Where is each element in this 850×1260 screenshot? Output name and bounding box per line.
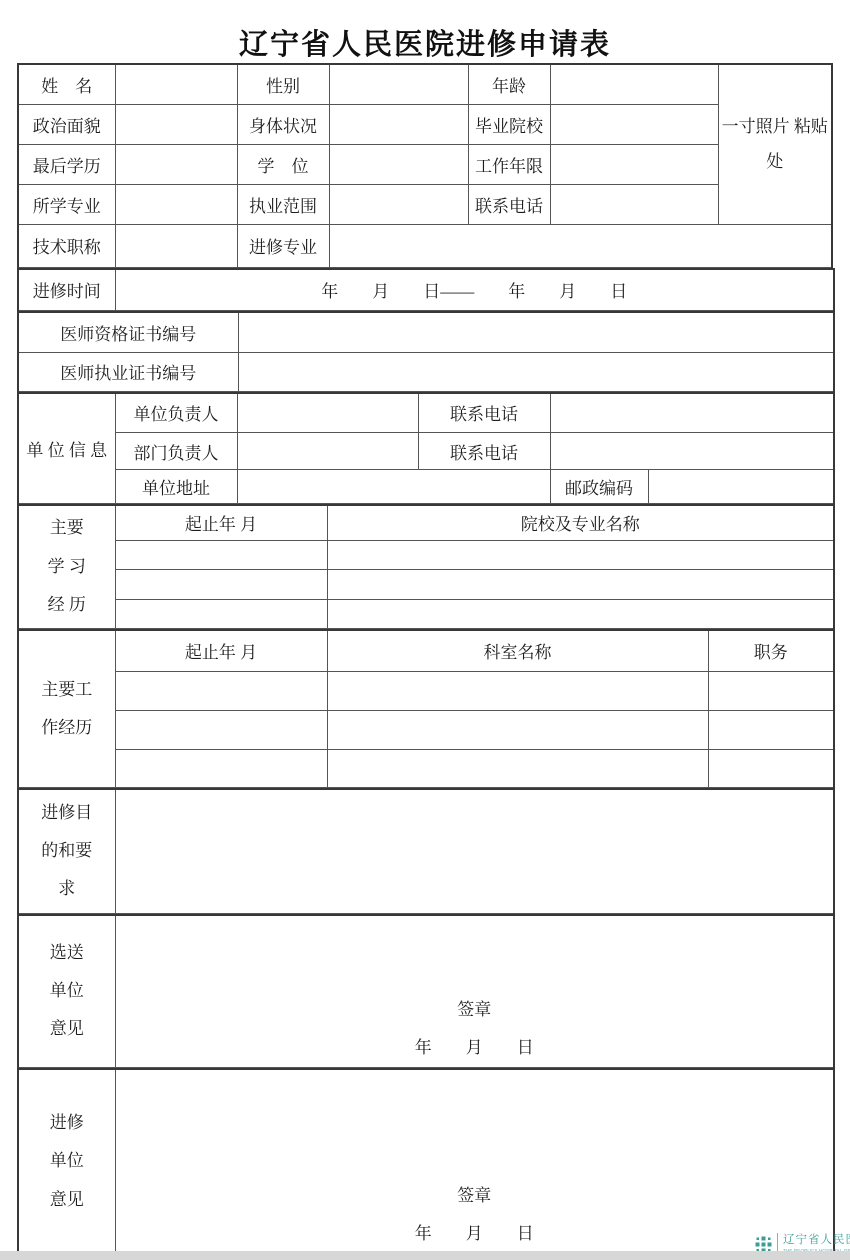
field-label-grad-school: 毕业院校	[468, 104, 550, 144]
application-form: 姓 名 性别 年龄 一寸照片 粘贴 处 政治面貌 身体状况 毕业院校 最后学历 …	[17, 63, 833, 1255]
field-label-training-major: 进修专业	[237, 224, 329, 267]
basic-info-section: 姓 名 性别 年龄 一寸照片 粘贴 处 政治面貌 身体状况 毕业院校 最后学历 …	[17, 63, 833, 268]
field-input-practice-cert	[238, 352, 834, 391]
sending-unit-opinion-section: 选送 单位 意见 签章 年 月 日	[17, 914, 835, 1069]
education-history-row-period	[115, 569, 327, 599]
field-label-unit-head-phone: 联系电话	[418, 393, 550, 433]
training-unit-seal-label: 签章	[457, 1181, 491, 1206]
work-history-row-position	[708, 672, 834, 711]
scan-edge-strip	[0, 1251, 850, 1260]
training-unit-opinion-label: 进修 单位 意见	[18, 1069, 115, 1254]
work-history-col-department: 科室名称	[327, 630, 708, 672]
field-input-training-major	[329, 224, 832, 267]
training-unit-opinion-area: 签章 年 月 日	[115, 1069, 834, 1254]
field-label-work-years: 工作年限	[468, 144, 550, 184]
work-history-row-department	[327, 711, 708, 750]
training-unit-opinion-section: 进修 单位 意见 签章 年 月 日	[17, 1068, 835, 1255]
field-input-work-years	[550, 144, 718, 184]
field-input-unit-head-phone	[550, 393, 834, 433]
work-history-row-period	[115, 750, 327, 788]
field-input-grad-school	[550, 104, 718, 144]
training-unit-date-line: 年 月 日	[415, 1219, 534, 1244]
education-history-row-period	[115, 599, 327, 628]
field-label-practice-scope: 执业范围	[237, 184, 329, 224]
field-label-unit-address: 单位地址	[115, 470, 237, 504]
education-history-section: 主要 学 习 经 历 起止年 月 院校及专业名称	[17, 504, 835, 629]
work-history-row-department	[327, 672, 708, 711]
hospital-logo-name: 辽宁省人民医院	[783, 1234, 850, 1248]
field-label-postcode: 邮政编码	[550, 470, 648, 504]
field-input-political-status	[115, 104, 237, 144]
work-history-col-period: 起止年 月	[115, 630, 327, 672]
field-input-age	[550, 64, 718, 104]
sending-unit-opinion-area: 签章 年 月 日	[115, 915, 834, 1068]
sending-unit-date-line: 年 月 日	[415, 1033, 534, 1058]
field-label-training-time: 进修时间	[18, 269, 115, 311]
field-input-health	[329, 104, 468, 144]
field-label-dept-head: 部门负责人	[115, 433, 237, 470]
field-label-unit-info: 单 位 信 息	[18, 393, 115, 504]
field-label-qualification-cert: 医师资格证书编号	[18, 312, 238, 352]
education-history-row-school	[327, 569, 834, 599]
field-label-tech-title: 技术职称	[18, 224, 115, 267]
photo-paste-area: 一寸照片 粘贴 处	[718, 64, 832, 224]
field-input-practice-scope	[329, 184, 468, 224]
work-history-row-position	[708, 750, 834, 788]
field-label-practice-cert: 医师执业证书编号	[18, 352, 238, 391]
field-label-gender: 性别	[237, 64, 329, 104]
education-history-row-school	[327, 540, 834, 569]
training-purpose-input	[115, 789, 834, 913]
work-history-col-position: 职务	[708, 630, 834, 672]
work-history-row-period	[115, 711, 327, 750]
field-input-contact-phone	[550, 184, 718, 224]
hospital-logo-icon	[755, 1236, 772, 1253]
work-history-row-department	[327, 750, 708, 788]
education-history-row-school	[327, 599, 834, 628]
field-input-unit-head	[237, 393, 418, 433]
field-label-health: 身体状况	[237, 104, 329, 144]
field-input-name	[115, 64, 237, 104]
sending-unit-seal-label: 签章	[457, 995, 491, 1020]
work-history-label: 主要工 作经历	[18, 630, 115, 788]
field-label-unit-head: 单位负责人	[115, 393, 237, 433]
field-label-age: 年龄	[468, 64, 550, 104]
field-input-tech-title	[115, 224, 237, 267]
field-input-dept-head-phone	[550, 433, 834, 470]
unit-info-section: 单 位 信 息 单位负责人 联系电话 部门负责人 联系电话 单位地址 邮政编码	[17, 392, 835, 505]
field-label-contact-phone: 联系电话	[468, 184, 550, 224]
training-time-section: 进修时间 年 月 日—— 年 月 日	[17, 268, 835, 312]
education-history-col-school: 院校及专业名称	[327, 505, 834, 540]
education-history-col-period: 起止年 月	[115, 505, 327, 540]
field-label-political-status: 政治面貌	[18, 104, 115, 144]
sending-unit-opinion-label: 选送 单位 意见	[18, 915, 115, 1068]
certificate-section: 医师资格证书编号 医师执业证书编号	[17, 311, 835, 392]
form-title: 辽宁省人民医院进修申请表	[0, 22, 850, 63]
form-page: 辽宁省人民医院进修申请表 姓 名 性别 年龄 一寸照片 粘贴 处 政治面貌 身	[0, 0, 850, 1260]
field-label-dept-head-phone: 联系电话	[418, 433, 550, 470]
field-input-degree	[329, 144, 468, 184]
field-input-dept-head	[237, 433, 418, 470]
field-input-qualification-cert	[238, 312, 834, 352]
field-input-training-time: 年 月 日—— 年 月 日	[115, 269, 834, 311]
field-label-name: 姓 名	[18, 64, 115, 104]
education-history-row-period	[115, 540, 327, 569]
work-history-row-position	[708, 711, 834, 750]
training-purpose-label: 进修目 的和要 求	[18, 789, 115, 913]
field-input-unit-address	[237, 470, 550, 504]
field-input-last-education	[115, 144, 237, 184]
field-label-last-education: 最后学历	[18, 144, 115, 184]
field-input-postcode	[648, 470, 834, 504]
work-history-row-period	[115, 672, 327, 711]
field-input-gender	[329, 64, 468, 104]
training-purpose-section: 进修目 的和要 求	[17, 788, 835, 914]
education-history-label: 主要 学 习 经 历	[18, 505, 115, 628]
field-input-major	[115, 184, 237, 224]
field-label-degree: 学 位	[237, 144, 329, 184]
work-history-section: 主要工 作经历 起止年 月 科室名称 职务	[17, 629, 835, 789]
field-label-major: 所学专业	[18, 184, 115, 224]
